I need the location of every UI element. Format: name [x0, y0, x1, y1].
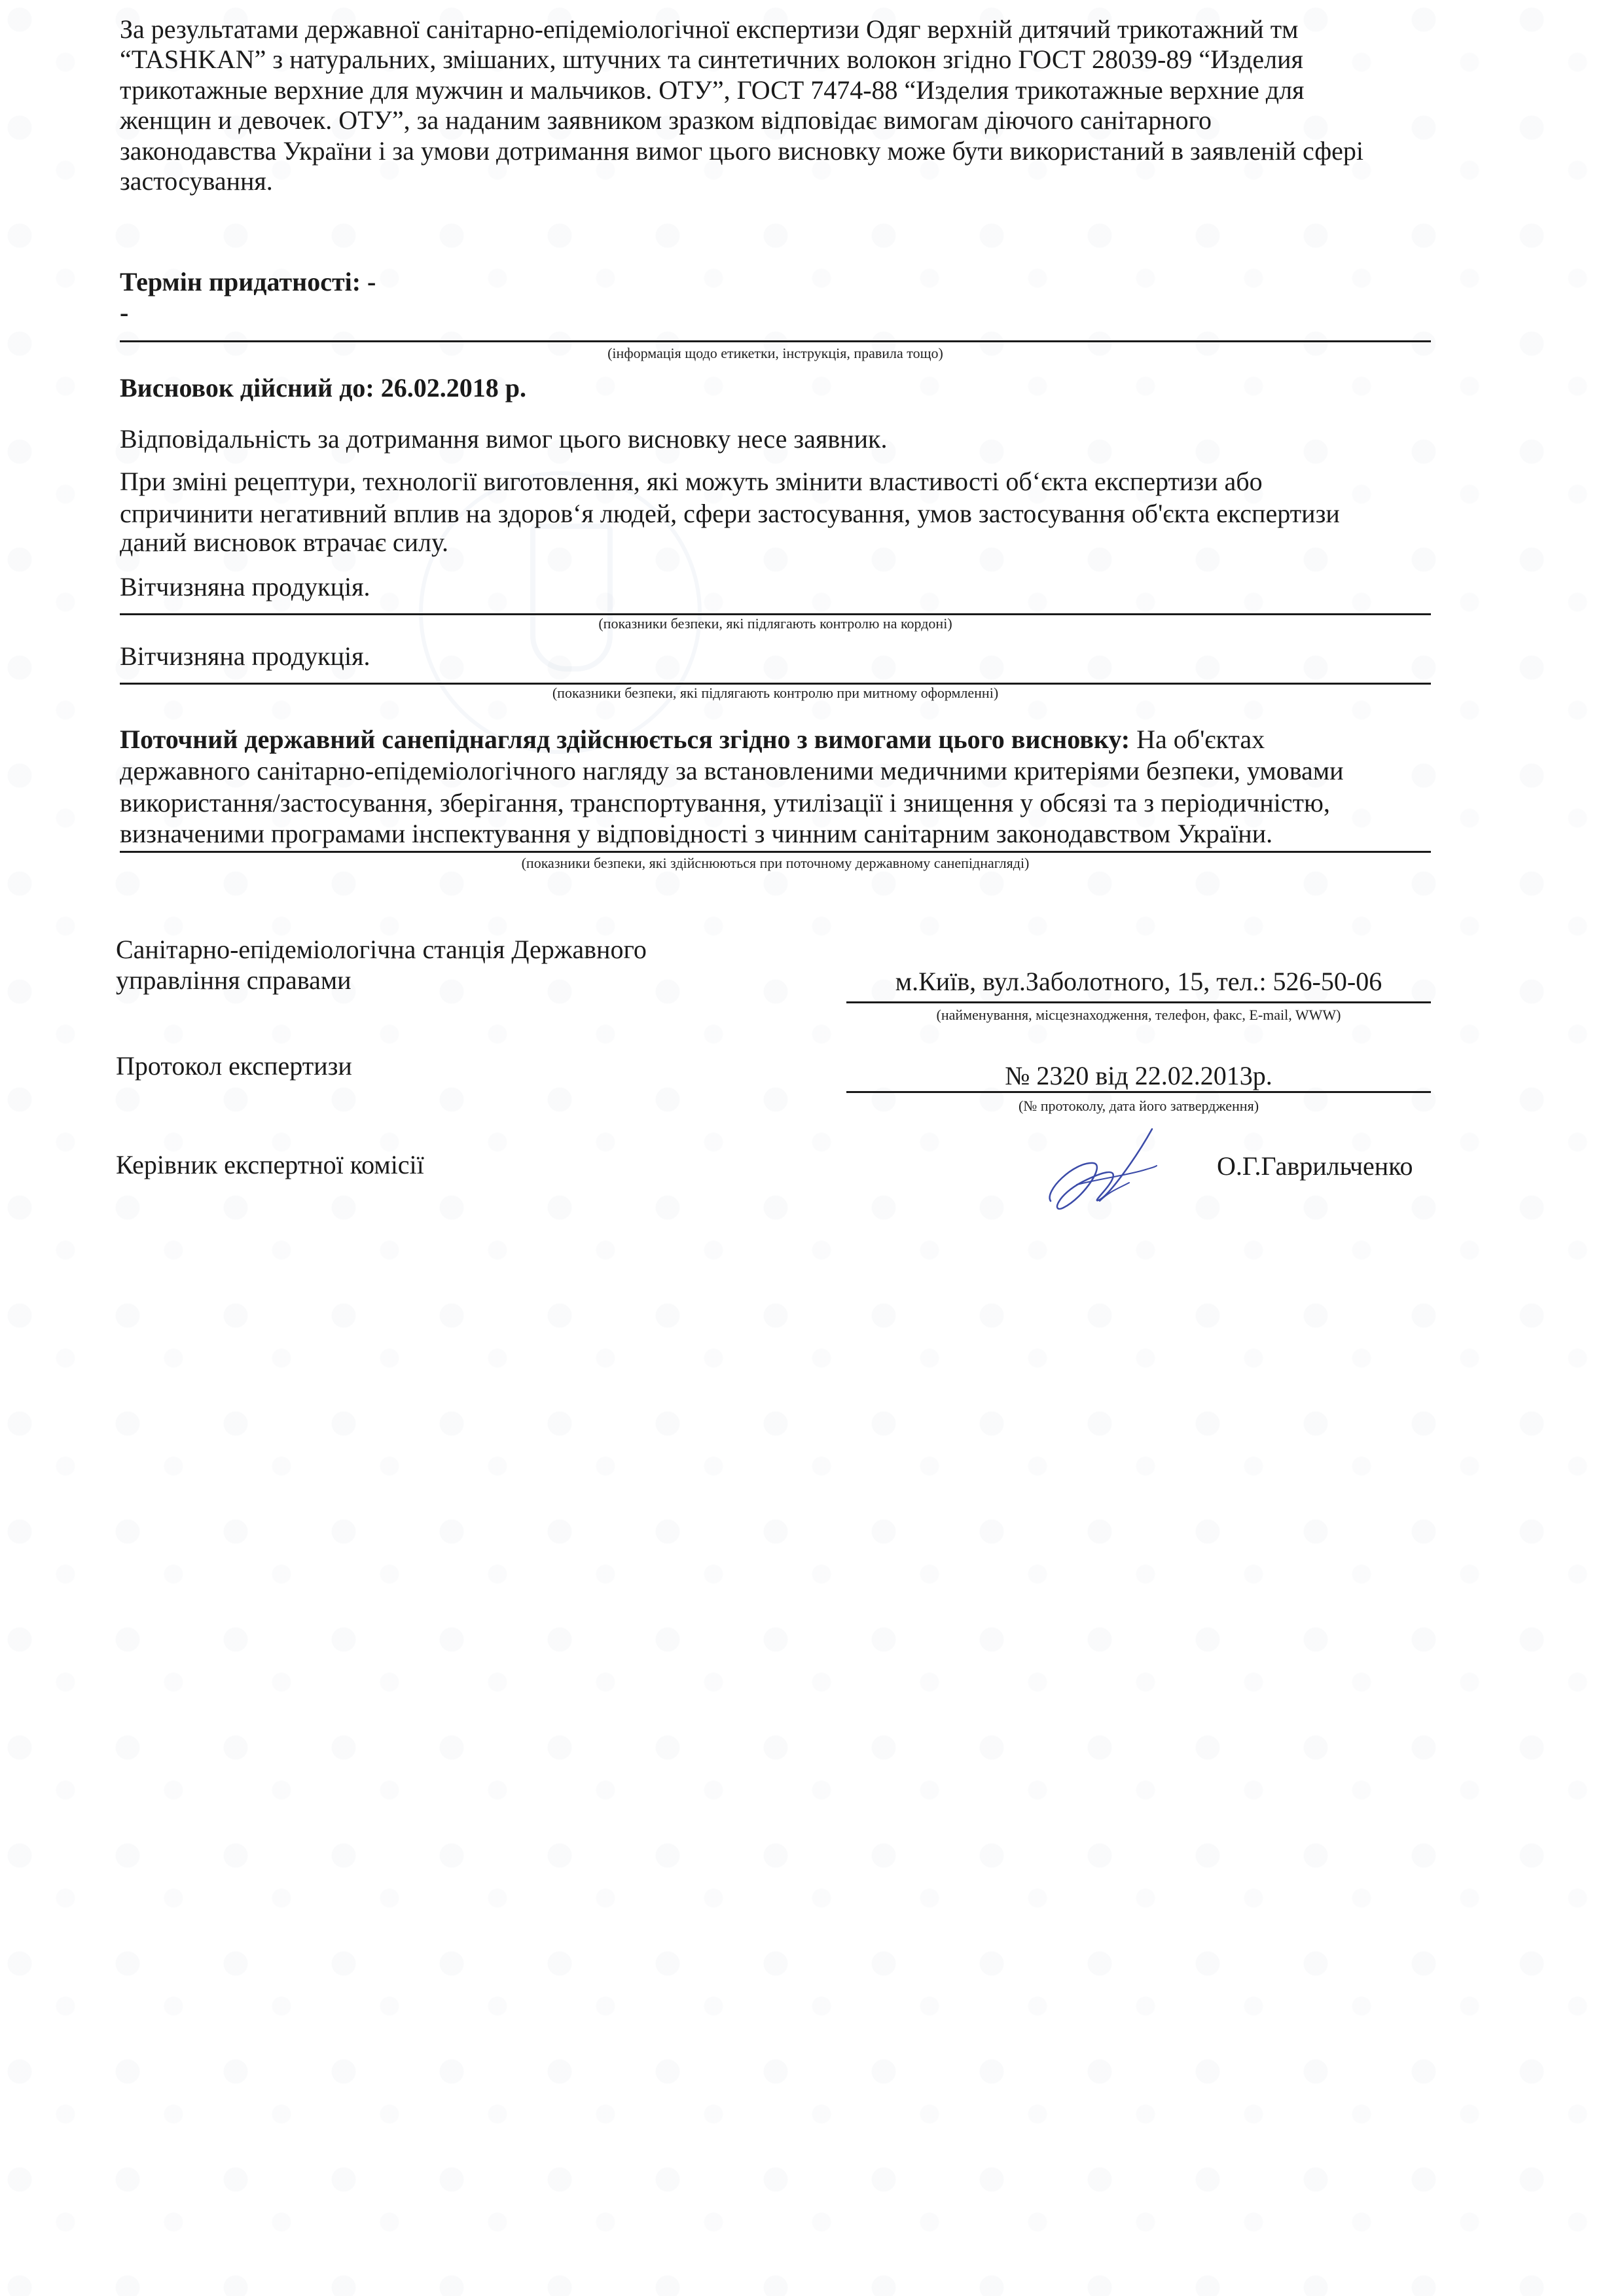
label-info-caption: (інформація щодо етикетки, інструкція, п…: [120, 345, 1431, 362]
signature-icon: [1038, 1122, 1195, 1221]
supervision-line: визначеними програмами інспектування у в…: [120, 819, 1272, 849]
supervision-rule: [120, 851, 1431, 853]
shelf-life-label: Термін придатності: -: [120, 267, 376, 297]
change-clause-line: даний висновок втрачає силу.: [120, 528, 448, 558]
supervision-line: державного санітарно-епідеміологічного н…: [120, 756, 1344, 786]
label-info-value: -: [120, 298, 128, 328]
trident-shield-watermark: [530, 524, 613, 672]
supervision-heading: Поточний державний санепіднагляд здійсню…: [120, 725, 1130, 754]
station-rule: [846, 1001, 1431, 1003]
border-control-caption: (показники безпеки, які підлягають контр…: [120, 615, 1431, 632]
intro-line: женщин и девочек. ОТУ”, за наданим заявн…: [120, 105, 1212, 135]
protocol-rule: [846, 1091, 1431, 1093]
protocol-label: Протокол експертизи: [116, 1051, 352, 1081]
valid-until: Висновок дійсний до: 26.02.2018 р.: [120, 373, 526, 403]
supervision-caption: (показники безпеки, які здійснюються при…: [120, 855, 1431, 872]
head-name: О.Г.Гаврильченко: [1217, 1151, 1413, 1181]
protocol-caption: (№ протоколу, дата його затвердження): [846, 1098, 1431, 1115]
supervision-line: використання/застосування, зберігання, т…: [120, 788, 1330, 818]
station-name-line: управління справами: [116, 965, 352, 996]
responsibility-statement: Відповідальність за дотримання вимог цьо…: [120, 424, 887, 454]
intro-line: застосування.: [120, 166, 273, 196]
change-clause-line: При зміні рецептури, технології виготовл…: [120, 467, 1263, 497]
change-clause-line: спричинити негативний вплив на здоров‘я …: [120, 499, 1340, 529]
protocol-value: № 2320 від 22.02.2013р.: [846, 1061, 1431, 1091]
customs-value: Вітчизняна продукція.: [120, 641, 370, 672]
station-caption: (найменування, місцезнаходження, телефон…: [846, 1007, 1431, 1024]
intro-line: законодавства України і за умови дотрима…: [120, 136, 1363, 166]
intro-line: “TASHKAN” з натуральних, змішаних, штучн…: [120, 45, 1303, 75]
supervision-line: На об'єктах: [1130, 725, 1265, 754]
customs-caption: (показники безпеки, які підлягають контр…: [120, 685, 1431, 702]
station-name-line: Санітарно-епідеміологічна станція Держав…: [116, 935, 647, 965]
label-info-rule: [120, 340, 1431, 342]
border-control-value: Вітчизняна продукція.: [120, 572, 370, 602]
intro-line: трикотажные верхние для мужчин и мальчик…: [120, 75, 1304, 105]
supervision-line-1: Поточний державний санепіднагляд здійсню…: [120, 725, 1265, 755]
head-label: Керівник експертної комісії: [116, 1150, 424, 1180]
intro-line: За результатами державної санітарно-епід…: [120, 14, 1299, 45]
station-address: м.Київ, вул.Заболотного, 15, тел.: 526-5…: [846, 967, 1431, 997]
